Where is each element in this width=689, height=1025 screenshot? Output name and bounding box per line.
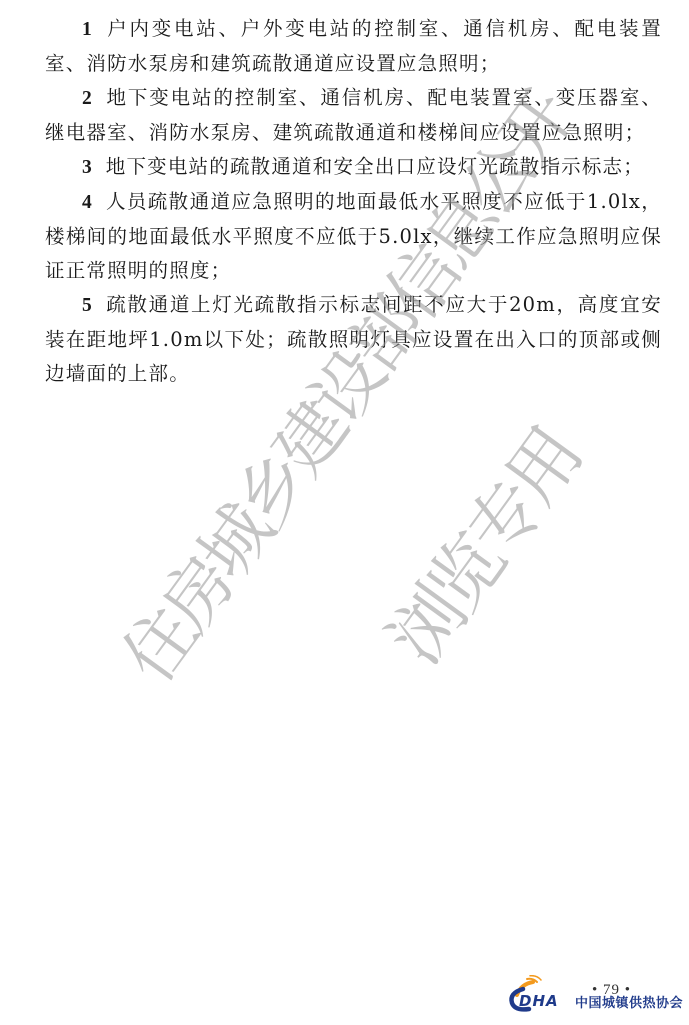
logo-letters: DHA <box>519 992 559 1010</box>
document-page: 1户内变电站、户外变电站的控制室、通信机房、配电装置室、消防水泵房和建筑疏散通道… <box>0 0 689 1025</box>
page-footer: • 79 • DHA 中国城镇供热协会 <box>0 0 689 1025</box>
chda-logo: DHA 中国城镇供热协会 <box>503 975 683 1015</box>
logo-org-name: 中国城镇供热协会 <box>575 992 683 1011</box>
